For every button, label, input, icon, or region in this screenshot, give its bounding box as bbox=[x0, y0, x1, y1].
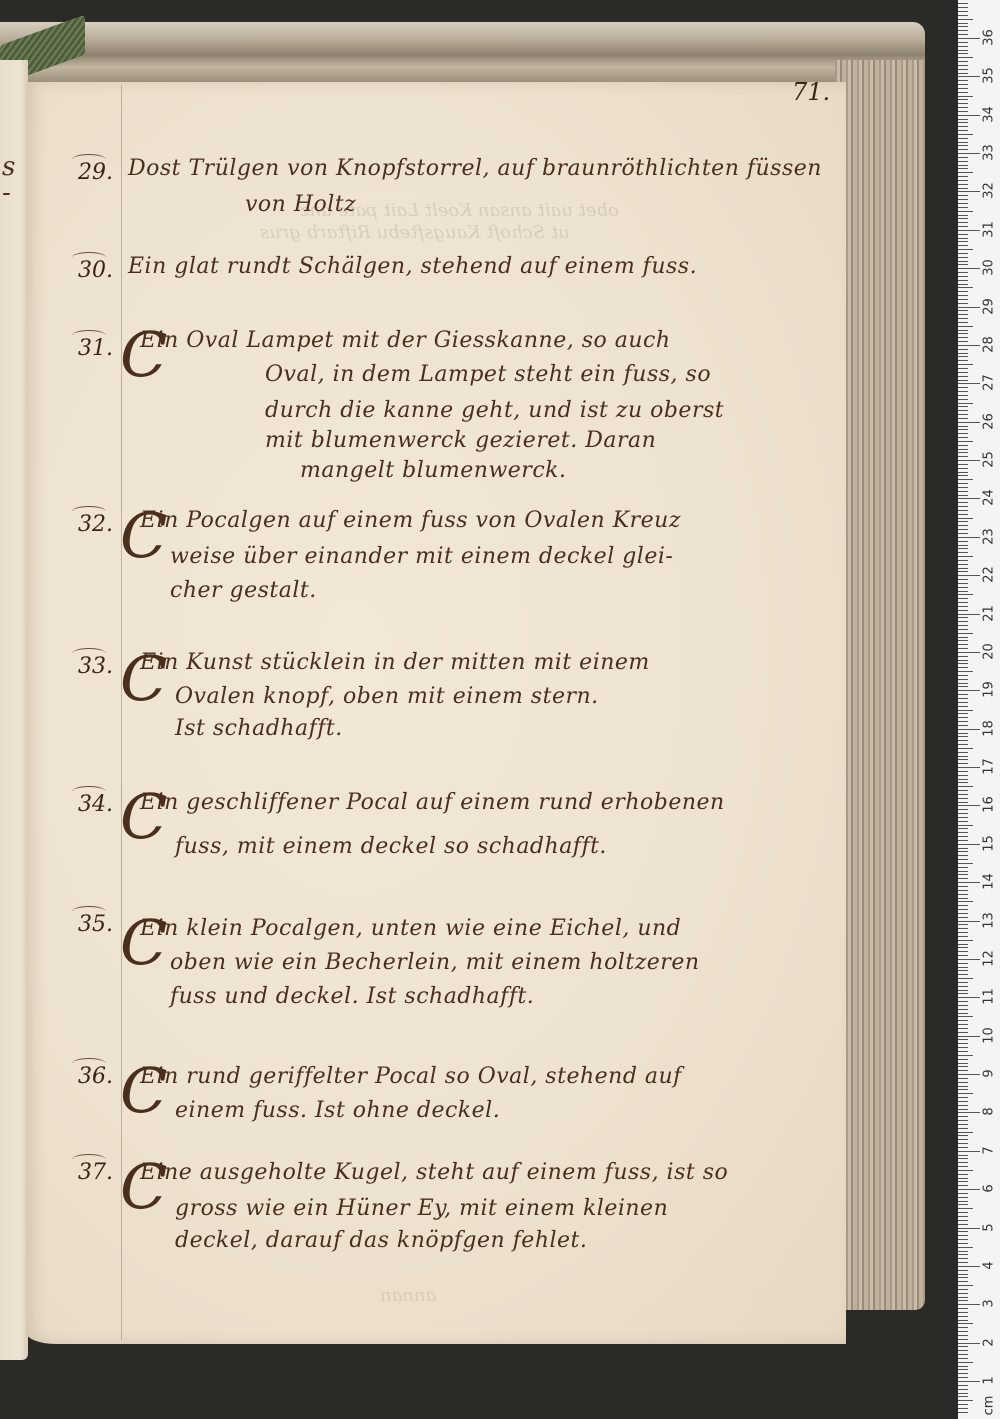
ruler-tick bbox=[958, 122, 968, 123]
ruler-tick bbox=[958, 1343, 980, 1344]
ruler-tick bbox=[958, 403, 973, 404]
ruler-tick bbox=[958, 521, 968, 522]
ruler-tick bbox=[958, 153, 980, 154]
ruler-tick bbox=[958, 1093, 973, 1094]
ruler-tick bbox=[958, 545, 968, 546]
ruler-tick bbox=[958, 53, 968, 54]
ruler-tick bbox=[958, 828, 968, 829]
ruler-tick bbox=[958, 30, 968, 31]
entry-number: 30. bbox=[78, 258, 113, 283]
ruler-tick bbox=[958, 1239, 968, 1240]
ruler-tick bbox=[958, 905, 968, 906]
ruler-label: 10 bbox=[982, 1022, 997, 1048]
ruler-tick bbox=[958, 1020, 968, 1021]
ruler-tick bbox=[958, 744, 968, 745]
ruler-tick bbox=[958, 464, 968, 465]
entry-line: oben wie ein Becherlein, mit einem holtz… bbox=[170, 950, 700, 975]
ruler-tick bbox=[958, 1120, 968, 1121]
ruler-tick bbox=[958, 65, 968, 66]
ruler-tick bbox=[958, 1316, 968, 1317]
ruler-label: 12 bbox=[982, 945, 997, 971]
ruler-tick bbox=[958, 940, 973, 941]
entry-number: 37. bbox=[78, 1160, 113, 1185]
ruler-tick bbox=[958, 1297, 968, 1298]
ruler-label: 4 bbox=[982, 1252, 997, 1278]
ruler-tick bbox=[958, 541, 968, 542]
ruler-label: 32 bbox=[982, 178, 997, 204]
ruler-tick bbox=[958, 579, 968, 580]
ruler-tick bbox=[958, 341, 968, 342]
entry-line: fuss und deckel. Ist schadhafft. bbox=[170, 984, 534, 1009]
ruler-tick bbox=[958, 452, 968, 453]
ruler-tick bbox=[958, 1047, 968, 1048]
ruler-tick bbox=[958, 1247, 973, 1248]
ruler-label: 15 bbox=[982, 830, 997, 856]
ruler-tick bbox=[958, 276, 968, 277]
ruler-tick bbox=[958, 437, 968, 438]
ruler-tick bbox=[958, 1174, 968, 1175]
entry-line: Ein rund geriffelter Pocal so Oval, steh… bbox=[140, 1064, 682, 1089]
ruler-tick bbox=[958, 759, 968, 760]
ruler-tick bbox=[958, 130, 968, 131]
ruler-tick bbox=[958, 69, 968, 70]
entry-number: 36. bbox=[78, 1064, 113, 1089]
ruler-tick bbox=[958, 514, 968, 515]
ruler-tick bbox=[958, 629, 968, 630]
ruler-tick bbox=[958, 445, 968, 446]
ruler-tick bbox=[958, 495, 968, 496]
entry-line: Dost Trülgen von Knopfstorrel, auf braun… bbox=[128, 156, 822, 181]
ruler-tick bbox=[958, 752, 968, 753]
ruler-tick bbox=[958, 19, 973, 20]
ruler-tick bbox=[958, 1362, 973, 1363]
ruler-tick bbox=[958, 295, 968, 296]
ruler-tick bbox=[958, 368, 968, 369]
ruler-tick bbox=[958, 568, 968, 569]
ruler-tick bbox=[958, 238, 968, 239]
entry-line: einem fuss. Ist ohne deckel. bbox=[175, 1098, 500, 1123]
ruler-tick bbox=[958, 215, 968, 216]
ruler-tick bbox=[958, 771, 968, 772]
ruler-tick bbox=[958, 1339, 968, 1340]
ruler-tick bbox=[958, 1055, 973, 1056]
ruler-tick bbox=[958, 1116, 968, 1117]
ruler-tick bbox=[958, 84, 968, 85]
ruler-tick bbox=[958, 1304, 980, 1305]
ruler-tick bbox=[958, 974, 968, 975]
ruler-tick bbox=[958, 825, 973, 826]
ruler-tick bbox=[958, 556, 973, 557]
ruler-tick bbox=[958, 713, 968, 714]
ruler-label: 24 bbox=[982, 485, 997, 511]
ruler-tick bbox=[958, 917, 968, 918]
ruler-tick bbox=[958, 176, 968, 177]
ruler-tick bbox=[958, 284, 968, 285]
ruler-tick bbox=[958, 1147, 968, 1148]
ruler-tick bbox=[958, 99, 968, 100]
ruler-tick bbox=[958, 617, 968, 618]
ruler-tick bbox=[958, 809, 968, 810]
ruler-tick bbox=[958, 372, 968, 373]
ruler-tick bbox=[958, 913, 968, 914]
entry-number: 29. bbox=[78, 160, 113, 185]
ruler-tick bbox=[958, 1385, 968, 1386]
ruler-tick bbox=[958, 172, 973, 173]
ruler-tick bbox=[958, 890, 968, 891]
ruler-tick bbox=[958, 698, 968, 699]
ruler-tick bbox=[958, 441, 973, 442]
ruler-tick bbox=[958, 625, 968, 626]
ruler-tick bbox=[958, 314, 968, 315]
ruler-tick bbox=[958, 126, 968, 127]
ruler-tick bbox=[958, 844, 980, 845]
ruler-tick bbox=[958, 782, 968, 783]
ruler-tick bbox=[958, 111, 968, 112]
ruler-tick bbox=[958, 614, 980, 615]
ruler-tick bbox=[958, 878, 968, 879]
ruler-tick bbox=[958, 387, 968, 388]
bleed-through-text: ut Schoft Kaugsftebu Riftarb grus bbox=[260, 222, 570, 243]
ruler-tick bbox=[958, 207, 968, 208]
ruler-tick bbox=[958, 261, 968, 262]
ruler-tick bbox=[958, 533, 968, 534]
ruler-tick bbox=[958, 364, 973, 365]
ruler-tick bbox=[958, 1185, 968, 1186]
ruler-tick bbox=[958, 410, 968, 411]
ruler-tick bbox=[958, 1277, 968, 1278]
ruler-unit-label: cm bbox=[982, 1393, 997, 1419]
ruler-tick bbox=[958, 226, 968, 227]
ruler-tick bbox=[958, 1124, 968, 1125]
ruler-tick bbox=[958, 1082, 968, 1083]
ruler-tick bbox=[958, 951, 968, 952]
ruler-tick bbox=[958, 380, 968, 381]
ruler-tick bbox=[958, 959, 980, 960]
ruler-tick bbox=[958, 690, 980, 691]
ruler-tick bbox=[958, 1320, 968, 1321]
entry-line: Ovalen knopf, oben mit einem stern. bbox=[175, 684, 599, 709]
ruler-tick bbox=[958, 257, 968, 258]
ruler-tick bbox=[958, 119, 968, 120]
ruler-tick bbox=[958, 145, 968, 146]
ruler-tick bbox=[958, 1389, 968, 1390]
ruler-label: 18 bbox=[982, 715, 997, 741]
ruler-tick bbox=[958, 1204, 968, 1205]
ruler-tick bbox=[958, 1377, 968, 1378]
ruler-tick bbox=[958, 1369, 968, 1370]
left-page-sliver: s - bbox=[0, 60, 28, 1360]
ruler-tick bbox=[958, 383, 980, 384]
ruler-tick bbox=[958, 1235, 968, 1236]
ruler-tick bbox=[958, 1162, 968, 1163]
ruler-tick bbox=[958, 1243, 968, 1244]
ruler-tick bbox=[958, 794, 968, 795]
ruler-tick bbox=[958, 1300, 968, 1301]
ruler-tick bbox=[958, 1258, 968, 1259]
ruler-tick bbox=[958, 483, 968, 484]
ruler-tick bbox=[958, 1251, 968, 1252]
ruler-tick bbox=[958, 671, 973, 672]
ruler-tick bbox=[958, 92, 968, 93]
ruler-tick bbox=[958, 1170, 973, 1171]
ruler-tick bbox=[958, 142, 968, 143]
ruler-tick bbox=[958, 986, 968, 987]
ruler-tick bbox=[958, 406, 968, 407]
ruler-tick bbox=[958, 978, 973, 979]
ruler-tick bbox=[958, 1216, 968, 1217]
ruler-tick bbox=[958, 34, 968, 35]
entry-number: 34. bbox=[78, 792, 113, 817]
ruler-label: 17 bbox=[982, 754, 997, 780]
entry-line: Ein Pocalgen auf einem fuss von Ovalen K… bbox=[140, 508, 681, 533]
ruler-tick bbox=[958, 817, 968, 818]
ruler-tick bbox=[958, 1066, 968, 1067]
ruler-tick bbox=[958, 648, 968, 649]
ruler-label: 33 bbox=[982, 140, 997, 166]
ruler-tick bbox=[958, 1224, 968, 1225]
ruler-tick bbox=[958, 1266, 980, 1267]
ruler-tick bbox=[958, 1270, 968, 1271]
ruler-tick bbox=[958, 1112, 980, 1113]
ruler-tick bbox=[958, 399, 968, 400]
ruler-tick bbox=[958, 165, 968, 166]
ruler-tick bbox=[958, 606, 968, 607]
ruler-tick bbox=[958, 763, 968, 764]
ruler-tick bbox=[958, 1289, 968, 1290]
ruler-tick bbox=[958, 640, 968, 641]
ruler-tick bbox=[958, 721, 968, 722]
ruler-tick bbox=[958, 433, 968, 434]
ruler-tick bbox=[958, 1308, 968, 1309]
ruler-tick bbox=[958, 871, 968, 872]
ruler-tick bbox=[958, 802, 968, 803]
ruler-tick bbox=[958, 1051, 968, 1052]
folio-number: 71. bbox=[792, 78, 830, 106]
entry-line: Ein Kunst stücklein in der mitten mit ei… bbox=[140, 650, 650, 675]
entry-line: Ein Oval Lampet mit der Giesskanne, so a… bbox=[140, 328, 671, 353]
ruler-tick bbox=[958, 1063, 968, 1064]
entry-line: weise über einander mit einem deckel gle… bbox=[170, 544, 673, 569]
ruler-tick bbox=[958, 38, 980, 39]
ruler-tick bbox=[958, 418, 968, 419]
ruler-tick bbox=[958, 318, 968, 319]
ruler-label: 11 bbox=[982, 984, 997, 1010]
ruler-tick bbox=[958, 947, 968, 948]
ruler-tick bbox=[958, 1281, 968, 1282]
ruler-tick bbox=[958, 57, 973, 58]
ruler-tick bbox=[958, 241, 968, 242]
ruler-tick bbox=[958, 1201, 968, 1202]
left-page-fragment: - bbox=[2, 178, 11, 208]
ruler-tick bbox=[958, 863, 973, 864]
ruler-tick bbox=[958, 475, 968, 476]
ruler-tick bbox=[958, 836, 968, 837]
ruler-tick bbox=[958, 1312, 968, 1313]
ruler-tick bbox=[958, 944, 968, 945]
ruler-tick bbox=[958, 307, 980, 308]
ruler-tick bbox=[958, 310, 968, 311]
ruler-tick bbox=[958, 1208, 973, 1209]
ruler-tick bbox=[958, 322, 968, 323]
ruler-label: 26 bbox=[982, 408, 997, 434]
ruler-tick bbox=[958, 1335, 968, 1336]
ruler-tick bbox=[958, 1231, 968, 1232]
ruler-tick bbox=[958, 149, 968, 150]
ruler-tick bbox=[958, 710, 973, 711]
ruler-tick bbox=[958, 909, 968, 910]
ruler-tick bbox=[958, 299, 968, 300]
ruler-label: 35 bbox=[982, 63, 997, 89]
ruler-tick bbox=[958, 15, 968, 16]
ruler-tick bbox=[958, 928, 968, 929]
ruler-tick bbox=[958, 1135, 968, 1136]
ruler-tick bbox=[958, 337, 968, 338]
bleed-through-text: annan bbox=[380, 1285, 436, 1306]
ruler-tick bbox=[958, 882, 980, 883]
ruler-tick bbox=[958, 46, 968, 47]
ruler-tick bbox=[958, 1178, 968, 1179]
ruler-tick bbox=[958, 571, 968, 572]
ruler-tick bbox=[958, 203, 968, 204]
ruler-tick bbox=[958, 679, 968, 680]
ruler-tick bbox=[958, 848, 968, 849]
ruler-tick bbox=[958, 138, 968, 139]
ruler-tick bbox=[958, 1354, 968, 1355]
ruler-tick bbox=[958, 1086, 968, 1087]
ruler-tick bbox=[958, 1412, 968, 1413]
ruler-tick bbox=[958, 1220, 968, 1221]
ruler-tick bbox=[958, 115, 980, 116]
ruler-label: 1 bbox=[982, 1368, 997, 1394]
ruler-tick bbox=[958, 168, 968, 169]
ruler-tick bbox=[958, 675, 968, 676]
ruler-tick bbox=[958, 518, 973, 519]
ruler-tick bbox=[958, 564, 968, 565]
ruler-tick bbox=[958, 840, 968, 841]
ruler-tick bbox=[958, 157, 968, 158]
ruler-label: 20 bbox=[982, 638, 997, 664]
ruler-tick bbox=[958, 633, 973, 634]
ruler-tick bbox=[958, 874, 968, 875]
ruler-tick bbox=[958, 924, 968, 925]
ruler-tick bbox=[958, 195, 968, 196]
ruler-label: 31 bbox=[982, 216, 997, 242]
ruler-tick bbox=[958, 990, 968, 991]
ruler-label: 34 bbox=[982, 101, 997, 127]
ruler-tick bbox=[958, 491, 968, 492]
ruler-tick bbox=[958, 552, 968, 553]
ruler-tick bbox=[958, 218, 968, 219]
ruler-tick bbox=[958, 1254, 968, 1255]
ruler-label: 14 bbox=[982, 869, 997, 895]
ruler-tick bbox=[958, 756, 968, 757]
ruler-tick bbox=[958, 211, 973, 212]
ruler-tick bbox=[958, 1039, 968, 1040]
ruler-tick bbox=[958, 702, 968, 703]
ruler-tick bbox=[958, 1089, 968, 1090]
entry-line: cher gestalt. bbox=[170, 578, 317, 603]
ruler-tick bbox=[958, 395, 968, 396]
ruler-label: 23 bbox=[982, 523, 997, 549]
ruler-tick bbox=[958, 652, 980, 653]
ruler-tick bbox=[958, 1323, 973, 1324]
ruler-tick bbox=[958, 1024, 968, 1025]
ruler-tick bbox=[958, 1032, 968, 1033]
ruler-tick bbox=[958, 867, 968, 868]
ruler-label: 22 bbox=[982, 562, 997, 588]
ruler-tick bbox=[958, 1166, 968, 1167]
entry-line: Eine ausgeholte Kugel, steht auf einem f… bbox=[140, 1160, 728, 1185]
ruler-tick bbox=[958, 790, 968, 791]
ruler-tick bbox=[958, 188, 968, 189]
ruler-tick bbox=[958, 821, 968, 822]
ruler-tick bbox=[958, 1151, 980, 1152]
ruler-tick bbox=[958, 1016, 973, 1017]
ruler-tick bbox=[958, 587, 968, 588]
entry-number: 35. bbox=[78, 912, 113, 937]
ruler-label: 5 bbox=[982, 1214, 997, 1240]
ruler-tick bbox=[958, 73, 968, 74]
ruler-tick bbox=[958, 963, 968, 964]
ruler-tick bbox=[958, 779, 968, 780]
ruler-tick bbox=[958, 253, 968, 254]
ruler-tick bbox=[958, 1366, 968, 1367]
ruler-tick bbox=[958, 1070, 968, 1071]
ruler-tick bbox=[958, 50, 968, 51]
ruler-tick bbox=[958, 1350, 968, 1351]
ruler-tick bbox=[958, 103, 968, 104]
ruler-tick bbox=[958, 525, 968, 526]
ruler-tick bbox=[958, 997, 980, 998]
entry-line: Ist schadhafft. bbox=[175, 716, 343, 741]
ruler-tick bbox=[958, 637, 968, 638]
entry-number: 31. bbox=[78, 336, 113, 361]
ruler-tick bbox=[958, 1181, 968, 1182]
ruler-tick bbox=[958, 1128, 968, 1129]
ruler-tick bbox=[958, 548, 968, 549]
ruler-label: 8 bbox=[982, 1099, 997, 1125]
ruler-tick bbox=[958, 498, 980, 499]
ruler-label: 2 bbox=[982, 1329, 997, 1355]
ruler-tick bbox=[958, 107, 968, 108]
ruler-tick bbox=[958, 859, 968, 860]
entry-line: fuss, mit einem deckel so schadhafft. bbox=[175, 834, 607, 859]
ruler-tick bbox=[958, 706, 968, 707]
ruler-tick bbox=[958, 1078, 968, 1079]
ruler-tick bbox=[958, 575, 980, 576]
entry-number: 32. bbox=[78, 512, 113, 537]
ruler-tick bbox=[958, 1009, 968, 1010]
ruler-tick bbox=[958, 80, 968, 81]
ruler-tick bbox=[958, 472, 968, 473]
ruler-tick bbox=[958, 786, 973, 787]
ruler-tick bbox=[958, 1327, 968, 1328]
ruler-tick bbox=[958, 886, 968, 887]
ruler-tick bbox=[958, 1074, 980, 1075]
ruler-tick bbox=[958, 583, 968, 584]
ruler-tick bbox=[958, 1197, 968, 1198]
ruler-tick bbox=[958, 1139, 968, 1140]
page-stack-edge bbox=[835, 60, 925, 1310]
ruler-tick bbox=[958, 621, 968, 622]
entry-line: mangelt blumenwerck. bbox=[300, 458, 566, 483]
entry-line: durch die kanne geht, und ist zu oberst bbox=[265, 398, 724, 423]
ruler-tick bbox=[958, 610, 968, 611]
ruler-label: 9 bbox=[982, 1061, 997, 1087]
ruler-tick bbox=[958, 426, 968, 427]
ruler-tick bbox=[958, 1404, 968, 1405]
ruler-label: 19 bbox=[982, 677, 997, 703]
